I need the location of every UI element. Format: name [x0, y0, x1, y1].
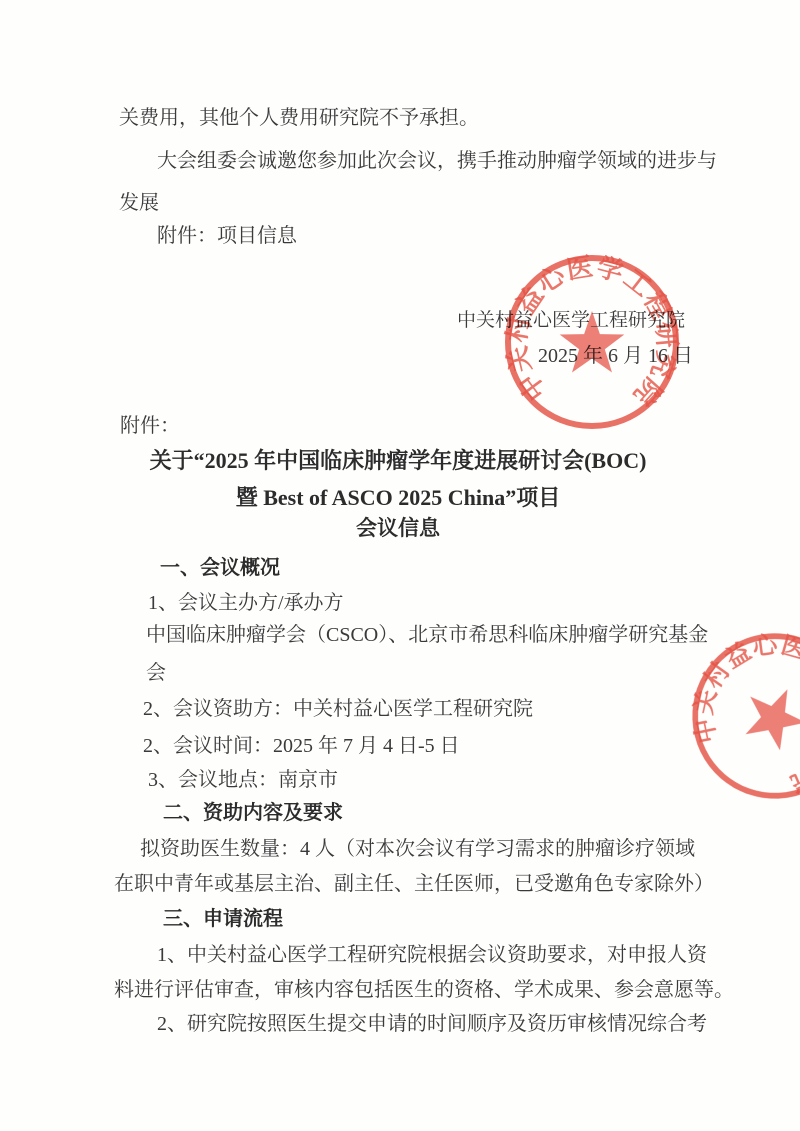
section-2-line-1: 拟资助医生数量：4 人（对本次会议有学习需求的肿瘤诊疗领域 [140, 837, 695, 861]
body-line-1: 关费用，其他个人费用研究院不予承担。 [119, 106, 479, 130]
star-icon [735, 676, 800, 755]
attachment-title-line-2: 暨 Best of ASCO 2025 China”项目 [120, 481, 676, 512]
section-1-item-4: 3、会议地点：南京市 [148, 768, 338, 792]
attachment-title-line-1: 关于“2025 年中国临床肿瘤学年度进展研讨会(BOC) [120, 444, 676, 475]
body-line-3: 发展 [119, 191, 159, 215]
section-1-item-1-value-line-1: 中国临床肿瘤学会（CSCO）、北京市希思科临床肿瘤学研究基金 [146, 623, 708, 647]
section-1-item-3: 2、会议时间：2025 年 7 月 4 日-5 日 [143, 734, 460, 758]
section-1-heading: 一、会议概况 [160, 556, 280, 580]
section-1-item-1-value-line-2: 会 [146, 661, 166, 685]
section-2-heading: 二、资助内容及要求 [163, 801, 343, 825]
official-seal-stamp: 中关村益心医学工程研究院 [492, 242, 692, 442]
section-3-line-1: 1、中关村益心医学工程研究院根据会议资助要求，对申报人资 [157, 943, 707, 967]
section-1-item-2: 2、会议资助方：中关村益心医学工程研究院 [143, 697, 533, 721]
section-3-heading: 三、申请流程 [163, 907, 283, 931]
attachment-title-line-3: 会议信息 [120, 512, 676, 542]
section-1-item-1: 1、会议主办方/承办方 [148, 591, 344, 615]
section-3-line-2: 料进行评估审查，审核内容包括医生的资格、学术成果、参会意愿等。 [114, 978, 734, 1002]
body-line-2: 大会组委会诚邀您参加此次会议，携手推动肿瘤学领域的进步与 [157, 149, 717, 173]
section-3-line-3: 2、研究院按照医生提交申请的时间顺序及资历审核情况综合考 [157, 1012, 707, 1036]
attachment-label: 附件： [120, 414, 180, 438]
attachment-note: 附件：项目信息 [157, 224, 297, 248]
star-icon [560, 311, 625, 373]
section-2-line-2: 在职中青年或基层主治、副主任、主任医师，已受邀角色专家除外） [114, 872, 714, 896]
seal-graphic: 中关村益心医学工程研究院 [492, 242, 692, 442]
scanned-document-page: 关费用，其他个人费用研究院不予承担。 大会组委会诚邀您参加此次会议，携手推动肿瘤… [0, 0, 800, 1131]
